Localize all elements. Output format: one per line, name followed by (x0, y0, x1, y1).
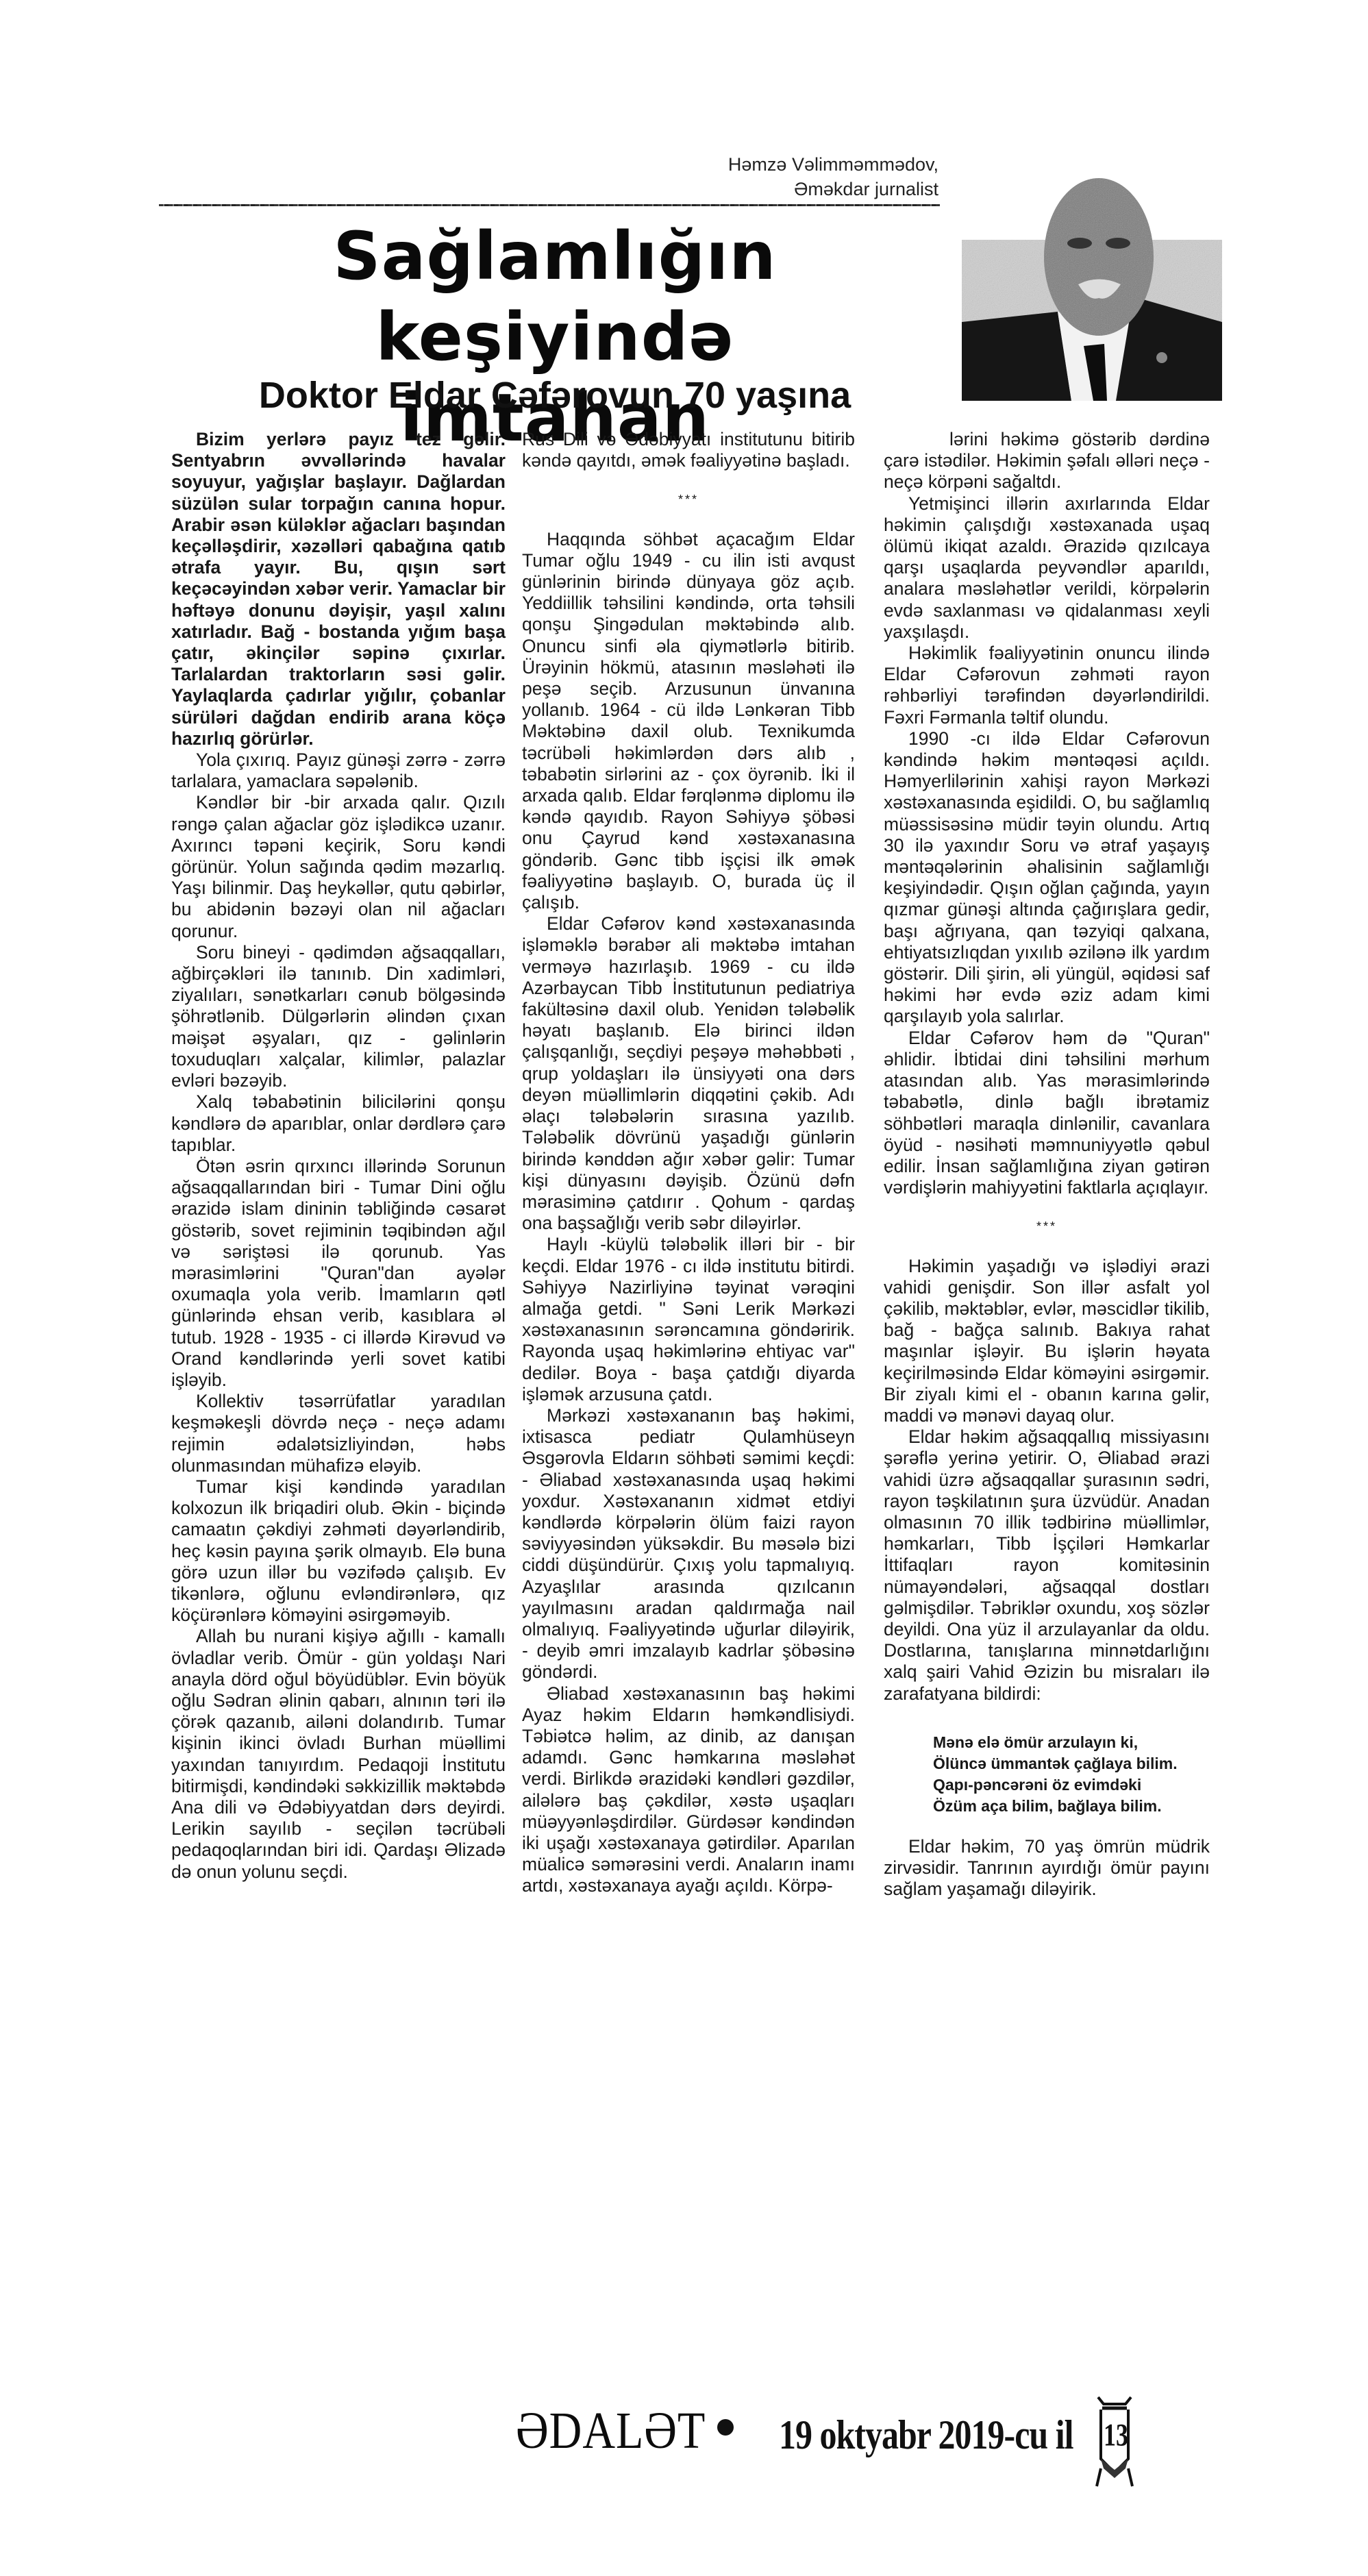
header-rule (159, 204, 940, 206)
bullet-dot-icon (717, 2419, 734, 2436)
article-subtitle: Doktor Eldar Cəfərovun 70 yaşına (164, 373, 945, 417)
body-paragraph: Mərkəzi xəstəxananın baş həkimi, ixtisas… (522, 1405, 855, 1683)
body-paragraph: Yola çıxırıq. Payız günəşi zərrə - zərrə… (171, 750, 506, 792)
author-title: Əməkdar jurnalist (685, 177, 938, 201)
byline: Həmzə Vəlimməmmədov, Əməkdar jurnalist (685, 152, 938, 201)
poem-line: Özüm aça bilim, bağlaya bilim. (908, 1796, 1210, 1817)
body-paragraph: Xalq təbabətinin bilicilərini qonşu kənd… (171, 1091, 506, 1156)
article-title: Sağlamlığın keşiyində imtahan (164, 216, 945, 458)
page-footer: ƏDALƏT 19 oktyabr 2019-cu il 13 (510, 2381, 1271, 2484)
continuation-paragraph: lərini həkimə göstərib dərdinə çarə istə… (884, 429, 1210, 493)
continuation-paragraph: Rus Dili və Ədəbiyyatı institutunu bitir… (522, 429, 855, 471)
section-separator: *** (522, 489, 855, 510)
issue-date: 19 oktyabr 2019-cu il (779, 2411, 1073, 2459)
newspaper-masthead: ƏDALƏT (516, 2401, 706, 2461)
closing-paragraph: Eldar həkim, 70 yaş ömrün müdrik zirvəsi… (884, 1836, 1210, 1900)
body-paragraph: Kollektiv təsərrüfatlar yaradılan keşmək… (171, 1391, 506, 1476)
page-number: 13 (1104, 2416, 1127, 2454)
poem-line: Qapı-pəncərəni öz evimdəki (908, 1774, 1210, 1796)
lead-paragraph: Bizim yerlərə payız tez gəlir. Sentyabrı… (171, 429, 506, 750)
poem-line: Ölüncə ümmantək çağlaya bilim. (908, 1753, 1210, 1774)
body-paragraph: Eldar həkim ağsaqqallıq missiyasını şərə… (884, 1426, 1210, 1705)
body-paragraph: Allah bu nurani kişiyə ağıllı - kamallı … (171, 1626, 506, 1882)
poem-quote: Mənə elə ömür arzulayın ki, Ölüncə ümman… (908, 1732, 1210, 1817)
section-separator: *** (884, 1216, 1210, 1237)
body-paragraph: Eldar Cəfərov kənd xəstəxanasında işləmə… (522, 913, 855, 1234)
body-paragraph: Ötən əsrin qırxıncı illərində Sorunun ağ… (171, 1156, 506, 1391)
title-line-1: Sağlamlığın keşiyində (164, 216, 945, 377)
portrait-photo (962, 164, 1222, 418)
portrait-photo-icon (962, 164, 1222, 418)
body-paragraph: Həkimlik fəaliyyətinin onuncu ilində Eld… (884, 643, 1210, 728)
body-paragraph: Soru bineyi - qədimdən ağsaqqalları, ağb… (171, 942, 506, 1091)
poem-line: Mənə elə ömür arzulayın ki, (908, 1732, 1210, 1753)
body-paragraph: Yetmişinci illərin axırlarında Eldar hək… (884, 493, 1210, 643)
article-column-3: lərini həkimə göstərib dərdinə çarə istə… (884, 429, 1210, 1900)
body-paragraph: Həkimin yaşadığı və işlədiyi ərazi vahid… (884, 1256, 1210, 1427)
article-column-1: Bizim yerlərə payız tez gəlir. Sentyabrı… (171, 429, 506, 1883)
body-paragraph: Haylı -küylü tələbəlik illəri bir - bir … (522, 1234, 855, 1405)
article-column-2: Rus Dili və Ədəbiyyatı institutunu bitir… (522, 429, 855, 1897)
body-paragraph: Haqqında söhbət açacağım Eldar Tumar oğl… (522, 529, 855, 914)
body-paragraph: Eldar Cəfərov həm də "Quran" əhlidir. İb… (884, 1028, 1210, 1199)
body-paragraph: Tumar kişi kəndində yaradılan kolxozun i… (171, 1476, 506, 1626)
body-paragraph: 1990 -cı ildə Eldar Cəfərovun kəndində h… (884, 728, 1210, 1028)
author-name: Həmzə Vəlimməmmədov, (685, 152, 938, 177)
body-paragraph: Kəndlər bir -bir arxada qalır. Qızılı rə… (171, 792, 506, 941)
body-paragraph: Əliabad xəstəxanasının baş həkimi Ayaz h… (522, 1683, 855, 1897)
